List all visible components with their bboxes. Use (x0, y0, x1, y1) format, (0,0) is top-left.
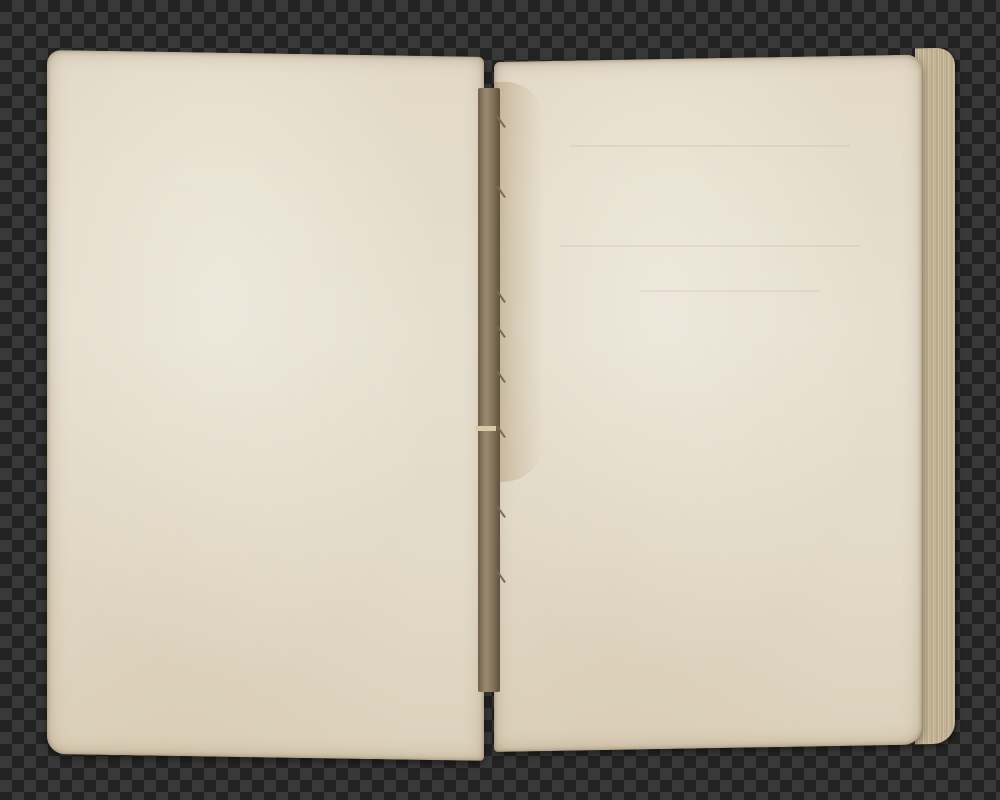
open-book (0, 0, 1000, 800)
book-spine (478, 88, 500, 692)
right-page (494, 55, 922, 752)
bleed-through-line (560, 245, 860, 247)
bleed-through-line (640, 290, 820, 292)
spine-tape (476, 426, 496, 431)
bleed-through-line (570, 145, 850, 147)
left-page (47, 50, 484, 761)
